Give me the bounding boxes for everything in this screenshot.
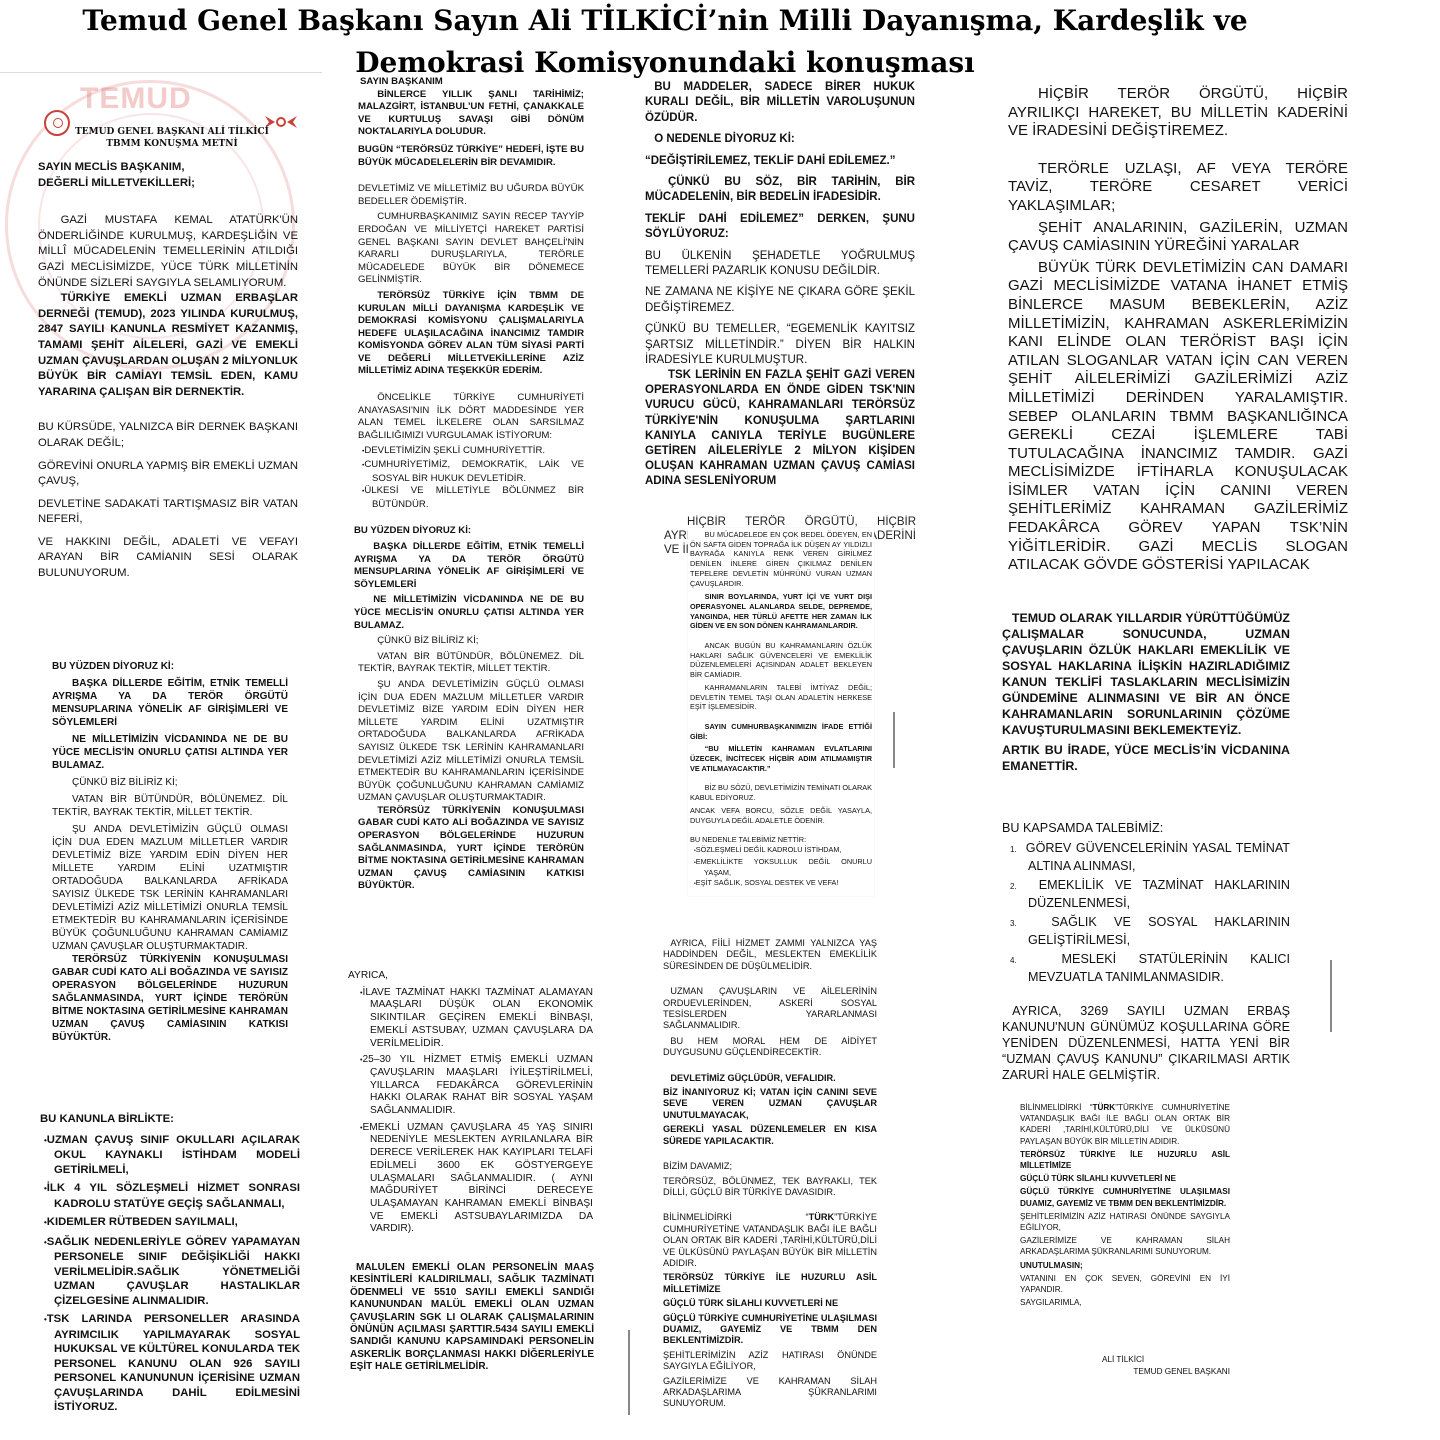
watermark-text: TEMUD [80, 82, 192, 116]
list-item: İLK 4 YIL SÖZLEŞMELİ HİZMET SONRASI KADR… [40, 1181, 300, 1211]
speech-page-3d: AYRICA, FİİLİ HİZMET ZAMMI YALNIZCA YAŞ … [663, 938, 877, 1410]
paragraph: BU KÜRSÜDE, YALNIZCA BİR DERNEK BAŞKANI … [38, 420, 298, 451]
demand-item: 3. SAĞLIK VE SOSYAL HAKLARININ GELİŞTİRİ… [1002, 914, 1290, 948]
paragraph: GAZİ MUSTAFA KEMAL ATATÜRK'ÜN ÖNDERLİĞİN… [38, 213, 298, 291]
paragraph: TERÖRSÜZ TÜRKİYENİN KONUŞULMASI GABAR CU… [358, 805, 584, 893]
paragraph: VATANINI EN ÇOK SEVEN, GÖREVİNİ EN İYİ Y… [1020, 1273, 1230, 1295]
paragraph: NE MİLLETİMİZİN VİCDANINDA NE DE BU YÜCE… [354, 594, 584, 632]
quote: “DEĞİŞTİRİLEMEZ, TEKLİF DAHİ EDİLEMEZ.” [645, 154, 915, 169]
text-span-bold: TÜRK [809, 1212, 835, 1222]
paragraph: UNUTULMASIN; [1020, 1260, 1230, 1271]
paragraph: TÜRKİYE EMEKLİ UZMAN ERBAŞLAR DERNEĞİ (T… [38, 291, 298, 400]
speech-page-4d: BİLİNMELİDİRKİ “TÜRK”TÜRKİYE CUMHURİYETİ… [1020, 1102, 1230, 1377]
page-edge [1330, 960, 1332, 1032]
paragraph: BU MÜCADELEDE EN ÇOK BEDEL ÖDEYEN, EN ÖN… [690, 530, 872, 588]
page1-header: TEMUD GENEL BAŞKANI ALİ TİLKİCİ TBMM KON… [72, 126, 272, 150]
header-line-1: TEMUD GENEL BAŞKANI ALİ TİLKİCİ [72, 126, 272, 138]
paragraph: TERÖRSÜZ TÜRKİYE İLE HUZURLU ASİL MİLLET… [1020, 1149, 1230, 1171]
item-text: EMEKLİLİK VE TAZMİNAT HAKLARININ DÜZENLE… [1028, 878, 1290, 910]
paragraph: VE HAKKINI DEĞİL, ADALETİ VE VEFAYI ARAY… [38, 535, 298, 582]
paragraph: DEVLETİMİZ VE MİLLETİMİZ BU UĞURDA BÜYÜK… [358, 183, 584, 208]
page-edge [893, 712, 895, 768]
speech-page-1: SAYIN MECLİS BAŞKANIM, DEĞERLİ MİLLETVEK… [38, 160, 298, 582]
paragraph: O NEDENLE DİYORUZ Kİ: [645, 132, 915, 147]
text-span: BİLİNMELİDİRKİ “ [1020, 1103, 1092, 1112]
paragraph: BİNLERCE YILLIK ŞANLI TARİHİMİZ; MALAZGİ… [358, 89, 584, 139]
signature-title: TEMUD GENEL BAŞKANI [1020, 1366, 1230, 1377]
paragraph: BU HEM MORAL HEM DE AİDİYET DUYGUSUNU GÜ… [663, 1036, 877, 1059]
salutation: SAYIN MECLİS BAŞKANIM, [38, 160, 298, 176]
speech-page-1b: BU YÜZDEN DİYORUZ Kİ: BAŞKA DİLLERDE EĞİ… [52, 660, 288, 1044]
paragraph: ÇÜNKÜ BU SÖZ, BİR TARİHİN, BİR MÜCADELEN… [645, 175, 915, 206]
demand-item: 1. GÖREV GÜVENCELERİNİN YASAL TEMİNAT AL… [1002, 840, 1290, 874]
list-item: İLAVE TAZMİNAT HAKKI TAZMİNAT ALAMAYAN M… [356, 987, 593, 1051]
paragraph: ŞEHİTLERİMİZİN AZİZ HATIRASI ÖNÜNDE SAYG… [1020, 1211, 1230, 1233]
principle-item: DEVLETİMİZİN ŞEKLİ CUMHURİYETTİR. [358, 445, 584, 459]
paragraph: TEKLİF DAHİ EDİLEMEZ” DERKEN, ŞUNU SÖYLÜ… [645, 212, 915, 243]
paragraph: GÜÇLÜ TÜRK SİLAHLI KUVVETLERİ NE [663, 1298, 877, 1309]
paragraph: VATAN BİR BÜTÜNDÜR, BÖLÜNEMEZ. DİL TEKTİ… [52, 793, 288, 819]
quote: “BU MİLLETİN KAHRAMAN EVLATLARINI ÜZECEK… [690, 744, 872, 773]
speech-page-4: HİÇBİR TERÖR ÖRGÜTÜ, HİÇBİR AYRILIKÇI HA… [1008, 85, 1348, 575]
speech-page-2: SAYIN BAŞKANIM BİNLERCE YILLIK ŞANLI TAR… [358, 76, 584, 893]
list-item: EMEKLİ UZMAN ÇAVUŞLARA 45 YAŞ SINIRI NED… [356, 1122, 593, 1236]
list-item: EŞİT SAĞLIK, SOSYAL DESTEK VE VEFA! [690, 878, 872, 890]
salutation: DEĞERLİ MİLLETVEKİLLERİ; [38, 176, 298, 192]
paragraph: GAZİLERİMİZE VE KAHRAMAN SİLAH ARKADAŞLA… [663, 1376, 877, 1410]
item-text: GÖREV GÜVENCELERİNİN YASAL TEMİNAT ALTIN… [1026, 841, 1290, 873]
heading: BU YÜZDEN DİYORUZ Kİ: [52, 660, 288, 673]
list-item: SAĞLIK NEDENLERİYLE GÖREV YAPAMAYAN PERS… [40, 1235, 300, 1309]
paragraph: TERÖRSÜZ TÜRKİYE İÇİN TBMM DE KURULAN Mİ… [358, 290, 584, 378]
page-edge [628, 1330, 630, 1415]
paragraph: ŞEHİT ANALARININ, GAZİLERİN, UZMAN ÇAVUŞ… [1008, 219, 1348, 256]
paragraph: BİLİNMELİDİRKİ “TÜRK”TÜRKİYE CUMHURİYETİ… [1020, 1102, 1230, 1147]
paragraph: TERÖRSÜZ TÜRKİYENİN KONUŞULMASI GABAR CU… [52, 953, 288, 1044]
paragraph: ÇÜNKÜ BİZ BİLİRİZ Kİ; [52, 776, 288, 789]
paragraph: ANCAK BUGÜN BU KAHRAMANLARIN ÖZLÜK HAKLA… [690, 641, 872, 680]
heading: BU KAPSAMDA TALEBİMİZ: [1002, 820, 1290, 836]
speech-page-3c: BU MÜCADELEDE EN ÇOK BEDEL ÖDEYEN, EN ÖN… [688, 528, 874, 896]
paragraph: BUGÜN “TERÖRSÜZ TÜRKİYE” HEDEFİ, İŞTE BU… [358, 144, 584, 169]
paragraph: TSK LERİNİN EN FAZLA ŞEHİT GAZİ VEREN OP… [645, 368, 915, 490]
text-span: BİLİNMELİDİRKİ “ [663, 1212, 809, 1222]
paragraph: ÇÜNKÜ BU TEMELLER, “EGEMENLİK KAYITSIZ Ş… [645, 322, 915, 368]
paragraph: ŞU ANDA DEVLETİMİZİN GÜÇLÜ OLMASI İÇİN D… [52, 823, 288, 953]
paragraph: AYRICA, FİİLİ HİZMET ZAMMI YALNIZCA YAŞ … [663, 938, 877, 972]
heading: BU KANUNLA BİRLİKTE: [40, 1112, 300, 1127]
text-span-bold: TÜRK [1092, 1103, 1115, 1112]
paragraph: TERÖRSÜZ TÜRKİYE İLE HUZURLU ASİL MİLLET… [663, 1272, 877, 1295]
paragraph: SAYGILARIMLA, [1020, 1297, 1230, 1308]
paragraph: NE MİLLETİMİZİN VİCDANINDA NE DE BU YÜCE… [52, 733, 288, 772]
paragraph: MALULEN EMEKLİ OLAN PERSONELİN MAAŞ KESİ… [350, 1262, 594, 1374]
paragraph: TERÖRLE UZLAŞI, AF VEYA TERÖRE TAVİZ, TE… [1008, 160, 1348, 216]
demand-item: 4. MESLEKİ STATÜLERİNİN KALICI MEVZUATLA… [1002, 951, 1290, 985]
item-number: 3. [1010, 919, 1017, 928]
demand-item: 2. EMEKLİLİK VE TAZMİNAT HAKLARININ DÜZE… [1002, 877, 1290, 911]
speech-page-3b: TSK LERİNİN EN FAZLA ŞEHİT GAZİ VEREN OP… [645, 368, 915, 490]
paragraph: BİLİNMELİDİRKİ “TÜRK”TÜRKİYE CUMHURİYETİ… [663, 1212, 877, 1269]
paragraph: SAYIN CUMHURBAŞKANIMIZIN İFADE ETTİĞİ Gİ… [690, 722, 872, 741]
signature-name: ALİ TİLKİCİ [1020, 1354, 1230, 1365]
list-item: UZMAN ÇAVUŞ SINIF OKULLARI AÇILARAK OKUL… [40, 1133, 300, 1178]
principle-item: CUMHURİYETİMİZ, DEMOKRATİK, LAİK VE SOSY… [358, 459, 584, 485]
paragraph: UZMAN ÇAVUŞLARIN VE AİLELERİNİN ORDUEVLE… [663, 986, 877, 1032]
title-line-2: Demokrasi Komisyonundaki konuşması [0, 42, 1330, 84]
title-line-1: Temud Genel Başkanı Sayın Ali TİLKİCİ’ni… [0, 0, 1330, 42]
list-item: KIDEMLER RÜTBEDEN SAYILMALI, [40, 1215, 300, 1231]
paragraph: BU NEDENLE TALEBİMİZ NETTİR: [690, 835, 872, 845]
speech-page-1c: BU KANUNLA BİRLİKTE: UZMAN ÇAVUŞ SINIF O… [40, 1112, 300, 1415]
paragraph: ÖNCELİKLE TÜRKİYE CUMHURİYETİ ANAYASASI'… [358, 392, 584, 442]
paragraph: BU ÜLKENİN ŞEHADETLE YOĞRULMUŞ TEMELLERİ… [645, 249, 915, 280]
list-item: SÖZLEŞMELİ DEĞİL KADROLU İSTİHDAM, [690, 845, 872, 857]
paragraph: BİZ BU SÖZÜ, DEVLETİMİZİN TEMİNATI OLARA… [690, 783, 872, 802]
paragraph: GÖREVİNİ ONURLA YAPMIŞ BİR EMEKLİ UZMAN … [38, 459, 298, 490]
paragraph: BAŞKA DİLLERDE EĞİTİM, ETNİK TEMELLİ AYR… [354, 541, 584, 591]
speech-page-4b: TEMUD OLARAK YILLARDIR YÜRÜTTÜĞÜMÜZ ÇALI… [1002, 610, 1290, 774]
list-item: EMEKLİLİKTE YOKSULLUK DEĞİL ONURLU YAŞAM… [690, 857, 872, 878]
heading: AYRICA, [348, 970, 593, 983]
list-item: 25–30 YIL HİZMET ETMİŞ EMEKLİ UZMAN ÇAVU… [356, 1054, 593, 1118]
paragraph: ANCAK VEFA BORCU, SÖZLE DEĞİL YASAYLA, D… [690, 806, 872, 825]
paragraph: BİZ İNANIYORUZ Kİ; VATAN İÇİN CANINI SEV… [663, 1087, 877, 1121]
speech-page-4c: BU KAPSAMDA TALEBİMİZ: 1. GÖREV GÜVENCEL… [1002, 820, 1290, 1083]
temud-logo-icon [44, 110, 70, 136]
paragraph: BU MADDELER, SADECE BİRER HUKUK KURALI D… [645, 80, 915, 126]
paragraph: KAHRAMANLARIN TALEBİ İMTİYAZ DEĞİL; DEVL… [690, 683, 872, 712]
paragraph: DEVLETİNE SADAKATİ TARTIŞMASIZ BİR VATAN… [38, 497, 298, 528]
paragraph: GÜÇLÜ TÜRKİYE CUMHURİYETİNE ULAŞILMASI D… [1020, 1186, 1230, 1208]
speech-page-2b: AYRICA, İLAVE TAZMİNAT HAKKI TAZMİNAT AL… [348, 970, 593, 1236]
item-text: MESLEKİ STATÜLERİNİN KALICI MEVZUATLA TA… [1028, 952, 1290, 984]
item-number: 1. [1010, 845, 1017, 854]
paragraph: GEREKLİ YASAL DÜZENLEMELER EN KISA SÜRED… [663, 1124, 877, 1147]
paragraph: GÜÇLÜ TÜRKİYE CUMHURİYETİNE ULAŞILMASI D… [663, 1313, 877, 1347]
paragraph: NE ZAMANA NE KİŞİYE NE ÇIKARA GÖRE ŞEKİL… [645, 285, 915, 316]
paragraph: ŞU ANDA DEVLETİMİZİN GÜÇLÜ OLMASI İÇİN D… [358, 679, 584, 805]
item-number: 2. [1010, 882, 1017, 891]
paragraph: TERÖRSÜZ, BÖLÜNMEZ, TEK BAYRAKLI, TEK Dİ… [663, 1176, 877, 1199]
paragraph: BAŞKA DİLLERDE EĞİTİM, ETNİK TEMELLİ AYR… [52, 677, 288, 729]
list-item: TSK LARINDA PERSONELLER ARASINDA AYRIMCI… [40, 1312, 300, 1415]
paragraph: CUMHURBAŞKANIMIZ SAYIN RECEP TAYYİP ERDO… [358, 211, 584, 287]
paragraph: ŞEHİTLERİMİZİN AZİZ HATIRASI ÖNÜNDE SAYG… [663, 1350, 877, 1373]
paragraph: ÇÜNKÜ BİZ BİLİRİZ Kİ; [358, 635, 584, 648]
paragraph: BİZİM DAVAMIZ; [663, 1161, 877, 1172]
page-edge [0, 72, 322, 73]
paragraph: TEMUD OLARAK YILLARDIR YÜRÜTTÜĞÜMÜZ ÇALI… [1002, 610, 1290, 738]
paragraph: DEVLETİMİZ GÜÇLÜDÜR, VEFALIDIR. [663, 1073, 877, 1084]
paragraph: VATAN BİR BÜTÜNDÜR, BÖLÜNEMEZ. DİL TEKTİ… [358, 651, 584, 676]
speech-page-2c: MALULEN EMEKLİ OLAN PERSONELİN MAAŞ KESİ… [350, 1262, 594, 1374]
heading: BU YÜZDEN DİYORUZ Kİ: [354, 525, 584, 538]
salutation: SAYIN BAŞKANIM [360, 76, 584, 89]
paragraph: GÜÇLÜ TÜRK SİLAHLI KUVVETLERİ NE [1020, 1173, 1230, 1184]
header-line-2: TBMM KONUŞMA METNİ [72, 138, 272, 150]
item-text: SAĞLIK VE SOSYAL HAKLARININ GELİŞTİRİLME… [1028, 915, 1290, 947]
principle-item: ÜLKESİ VE MİLLETİYLE BÖLÜNMEZ BİR BÜTÜND… [358, 485, 584, 511]
paragraph: HİÇBİR TERÖR ÖRGÜTÜ, HİÇBİR AYRILIKÇI HA… [1008, 85, 1348, 141]
paragraph: GAZİLERİMİZE VE KAHRAMAN SİLAH ARKADAŞLA… [1020, 1235, 1230, 1257]
paragraph: SINIR BOYLARINDA, YURT İÇİ VE YURT DIŞI … [690, 592, 872, 631]
paragraph: AYRICA, 3269 SAYILI UZMAN ERBAŞ KANUNU'N… [1002, 1003, 1290, 1083]
item-number: 4. [1010, 956, 1017, 965]
paragraph: ARTIK BU İRADE, YÜCE MECLİS’İN VİCDANINA… [1002, 742, 1290, 774]
paragraph: BÜYÜK TÜRK DEVLETİMİZİN CAN DAMARI GAZİ … [1008, 259, 1348, 575]
speech-page-3: BU MADDELER, SADECE BİRER HUKUK KURALI D… [645, 80, 915, 369]
